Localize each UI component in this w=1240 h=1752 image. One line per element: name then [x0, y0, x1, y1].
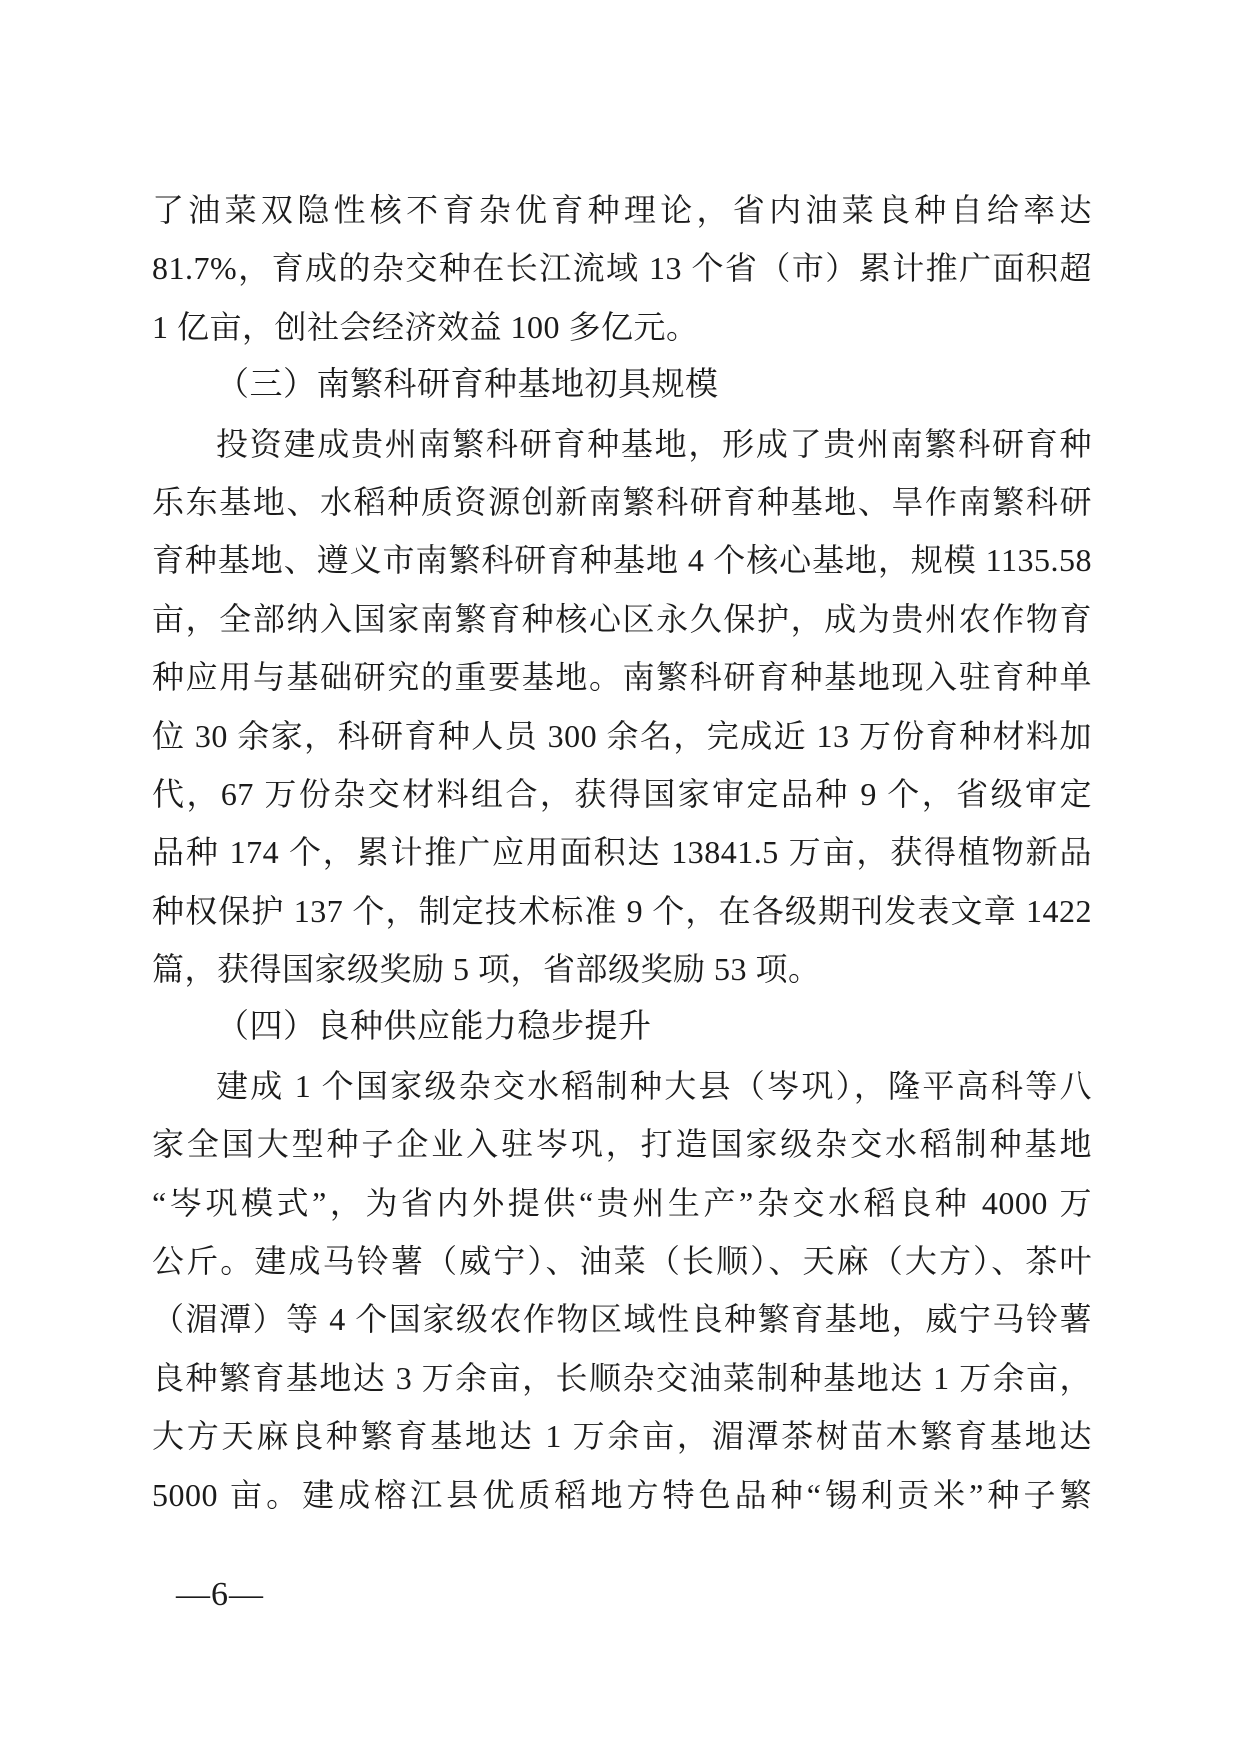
body-line: 家全国大型种子企业入驻岑巩，打造国家级杂交水稻制种基地 — [152, 1115, 1092, 1173]
body-line: 亩，全部纳入国家南繁育种核心区永久保护，成为贵州农作物育 — [152, 590, 1092, 648]
body-line: 公斤。建成马铃薯（威宁）、油菜（长顺）、天麻（大方）、茶叶 — [152, 1232, 1092, 1290]
document-page: 了油菜双隐性核不育杂优育种理论，省内油菜良种自给率达 81.7%，育成的杂交种在… — [0, 0, 1240, 1752]
body-line: 1 亿亩，创社会经济效益 100 多亿元。 — [152, 298, 1092, 356]
section-heading: （四）良种供应能力稳步提升 — [152, 998, 1092, 1056]
body-line: 良种繁育基地达 3 万余亩，长顺杂交油菜制种基地达 1 万余亩， — [152, 1349, 1092, 1407]
body-line: 篇，获得国家级奖励 5 项，省部级奖励 53 项。 — [152, 940, 1092, 998]
document-body: 了油菜双隐性核不育杂优育种理论，省内油菜良种自给率达 81.7%，育成的杂交种在… — [152, 181, 1092, 1524]
body-line: 育种基地、遵义市南繁科研育种基地 4 个核心基地，规模 1135.58 — [152, 531, 1092, 589]
body-line: 投资建成贵州南繁科研育种基地，形成了贵州南繁科研育种 — [152, 415, 1092, 473]
body-line: 品种 174 个，累计推广应用面积达 13841.5 万亩，获得植物新品 — [152, 823, 1092, 881]
body-line: 81.7%，育成的杂交种在长江流域 13 个省（市）累计推广面积超 — [152, 239, 1092, 297]
body-line: 建成 1 个国家级杂交水稻制种大县（岑巩），隆平高科等八 — [152, 1057, 1092, 1115]
body-line: （湄潭）等 4 个国家级农作物区域性良种繁育基地，威宁马铃薯 — [152, 1290, 1092, 1348]
body-line: 种应用与基础研究的重要基地。南繁科研育种基地现入驻育种单 — [152, 648, 1092, 706]
body-line: “岑巩模式”，为省内外提供“贵州生产”杂交水稻良种 4000 万 — [152, 1174, 1092, 1232]
body-line: 代，67 万份杂交材料组合，获得国家审定品种 9 个，省级审定 — [152, 765, 1092, 823]
body-line: 5000 亩。建成榕江县优质稻地方特色品种“锡利贡米”种子繁 — [152, 1466, 1092, 1524]
body-line: 大方天麻良种繁育基地达 1 万余亩，湄潭茶树苗木繁育基地达 — [152, 1407, 1092, 1465]
body-line: 位 30 余家，科研育种人员 300 余名，完成近 13 万份育种材料加 — [152, 707, 1092, 765]
page-number: —6— — [176, 1572, 264, 1618]
body-line: 乐东基地、水稻种质资源创新南繁科研育种基地、旱作南繁科研 — [152, 473, 1092, 531]
body-line: 种权保护 137 个，制定技术标准 9 个，在各级期刊发表文章 1422 — [152, 882, 1092, 940]
section-heading: （三）南繁科研育种基地初具规模 — [152, 356, 1092, 414]
body-line: 了油菜双隐性核不育杂优育种理论，省内油菜良种自给率达 — [152, 181, 1092, 239]
